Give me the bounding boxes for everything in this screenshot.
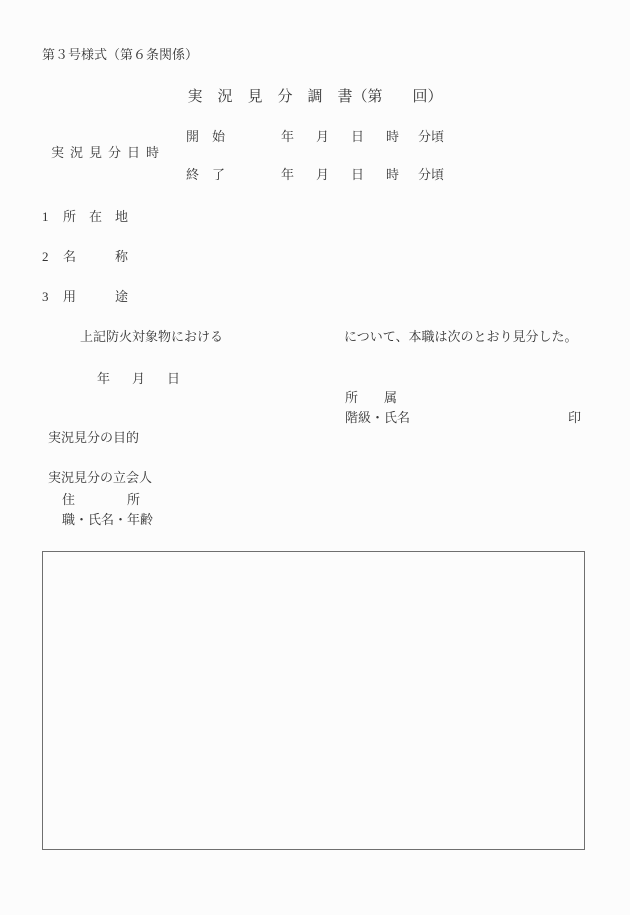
witness-occupation-label: 職・氏名・年齢: [62, 512, 153, 528]
purpose-label: 実況見分の目的: [48, 430, 139, 446]
unit-day: 日: [167, 371, 180, 387]
item-number: 2: [42, 249, 49, 265]
item-location-row: 1 所 在 地: [0, 209, 630, 225]
statement-suffix: について、本職は次のとおり見分した。: [344, 329, 577, 345]
document-page: 第３号様式（第６条関係） 実 況 見 分 調 書（第 回） 開 始 年 月 日 …: [0, 0, 630, 915]
unit-day: 日: [351, 167, 364, 183]
rank-name-label: 階級・氏名: [345, 410, 410, 426]
unit-month: 月: [316, 167, 329, 183]
statement-prefix: 上記防火対象物における: [80, 329, 223, 345]
unit-month: 月: [316, 129, 329, 145]
item-use-row: 3 用 途: [0, 289, 630, 305]
item-number: 1: [42, 209, 49, 225]
form-number: 第３号様式（第６条関係）: [42, 47, 198, 63]
inspection-datetime-label: 実況見分日時: [51, 145, 165, 161]
unit-year: 年: [281, 167, 294, 183]
end-label: 終 了: [186, 167, 225, 183]
item-label-location: 所 在 地: [63, 209, 128, 225]
unit-minute: 分頃: [418, 167, 444, 183]
unit-year: 年: [97, 371, 110, 387]
item-name-row: 2 名 称: [0, 249, 630, 265]
statement-row: 上記防火対象物における について、本職は次のとおり見分した。: [0, 329, 630, 345]
unit-hour: 時: [386, 167, 399, 183]
unit-month: 月: [132, 371, 145, 387]
affiliation-label: 所 属: [345, 390, 397, 406]
unit-hour: 時: [386, 129, 399, 145]
item-label-use: 用 途: [63, 289, 128, 305]
rank-name-row: 階級・氏名 印: [0, 410, 630, 426]
item-label-name: 名 称: [63, 249, 128, 265]
unit-minute: 分頃: [418, 129, 444, 145]
document-title: 実 況 見 分 調 書（第 回）: [0, 88, 630, 106]
start-label: 開 始: [186, 129, 225, 145]
datetime-start-row: 開 始 年 月 日 時 分頃: [0, 129, 630, 145]
item-number: 3: [42, 289, 49, 305]
unit-year: 年: [281, 129, 294, 145]
datetime-end-row: 終 了 年 月 日 時 分頃: [0, 167, 630, 183]
diagram-box: [42, 551, 585, 850]
signature-date-row: 年 月 日: [0, 371, 630, 387]
witness-address-label: 住 所: [62, 492, 140, 508]
seal-label: 印: [568, 410, 581, 426]
unit-day: 日: [351, 129, 364, 145]
witness-label: 実況見分の立会人: [48, 470, 152, 486]
